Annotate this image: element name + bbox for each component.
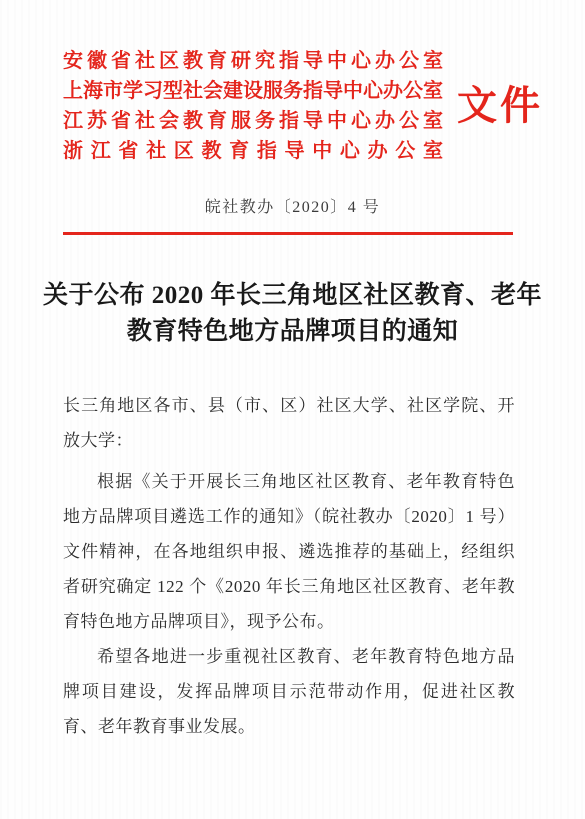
org-line-zhejiang: 浙江省社区教育指导中心办公室 [63,136,443,166]
document-page: 安徽省社区教育研究指导中心办公室 上海市学习型社会建设服务指导中心办公室 江苏省… [0,0,585,819]
doc-number: 皖社教办〔2020〕4 号 [0,194,585,217]
body-paragraph: 根据《关于开展长三角地区社区教育、老年教育特色地方品牌项目遴选工作的通知》（皖社… [63,464,515,639]
org-line-shanghai: 上海市学习型社会建设服务指导中心办公室 [63,76,443,106]
salutation: 长三角地区各市、县（市、区）社区大学、社区学院、开放大学： [63,388,515,458]
red-separator-line [63,232,513,235]
org-line-jiangsu: 江苏省社会教育服务指导中心办公室 [63,106,443,136]
notice-body: 长三角地区各市、县（市、区）社区大学、社区学院、开放大学： 根据《关于开展长三角… [63,388,515,744]
body-paragraph: 希望各地进一步重视社区教育、老年教育特色地方品牌项目建设，发挥品牌项目示范带动作… [63,639,515,744]
letterhead-org-block: 安徽省社区教育研究指导中心办公室 上海市学习型社会建设服务指导中心办公室 江苏省… [63,46,443,166]
notice-title: 关于公布 2020 年长三角地区社区教育、老年 教育特色地方品牌项目的通知 [30,278,555,350]
org-line-anhui: 安徽省社区教育研究指导中心办公室 [63,46,443,76]
notice-title-line1: 关于公布 2020 年长三角地区社区教育、老年 [30,278,555,314]
notice-title-line2: 教育特色地方品牌项目的通知 [30,314,555,350]
letterhead: 安徽省社区教育研究指导中心办公室 上海市学习型社会建设服务指导中心办公室 江苏省… [63,46,543,166]
doc-type-label: 文件 [457,86,543,126]
